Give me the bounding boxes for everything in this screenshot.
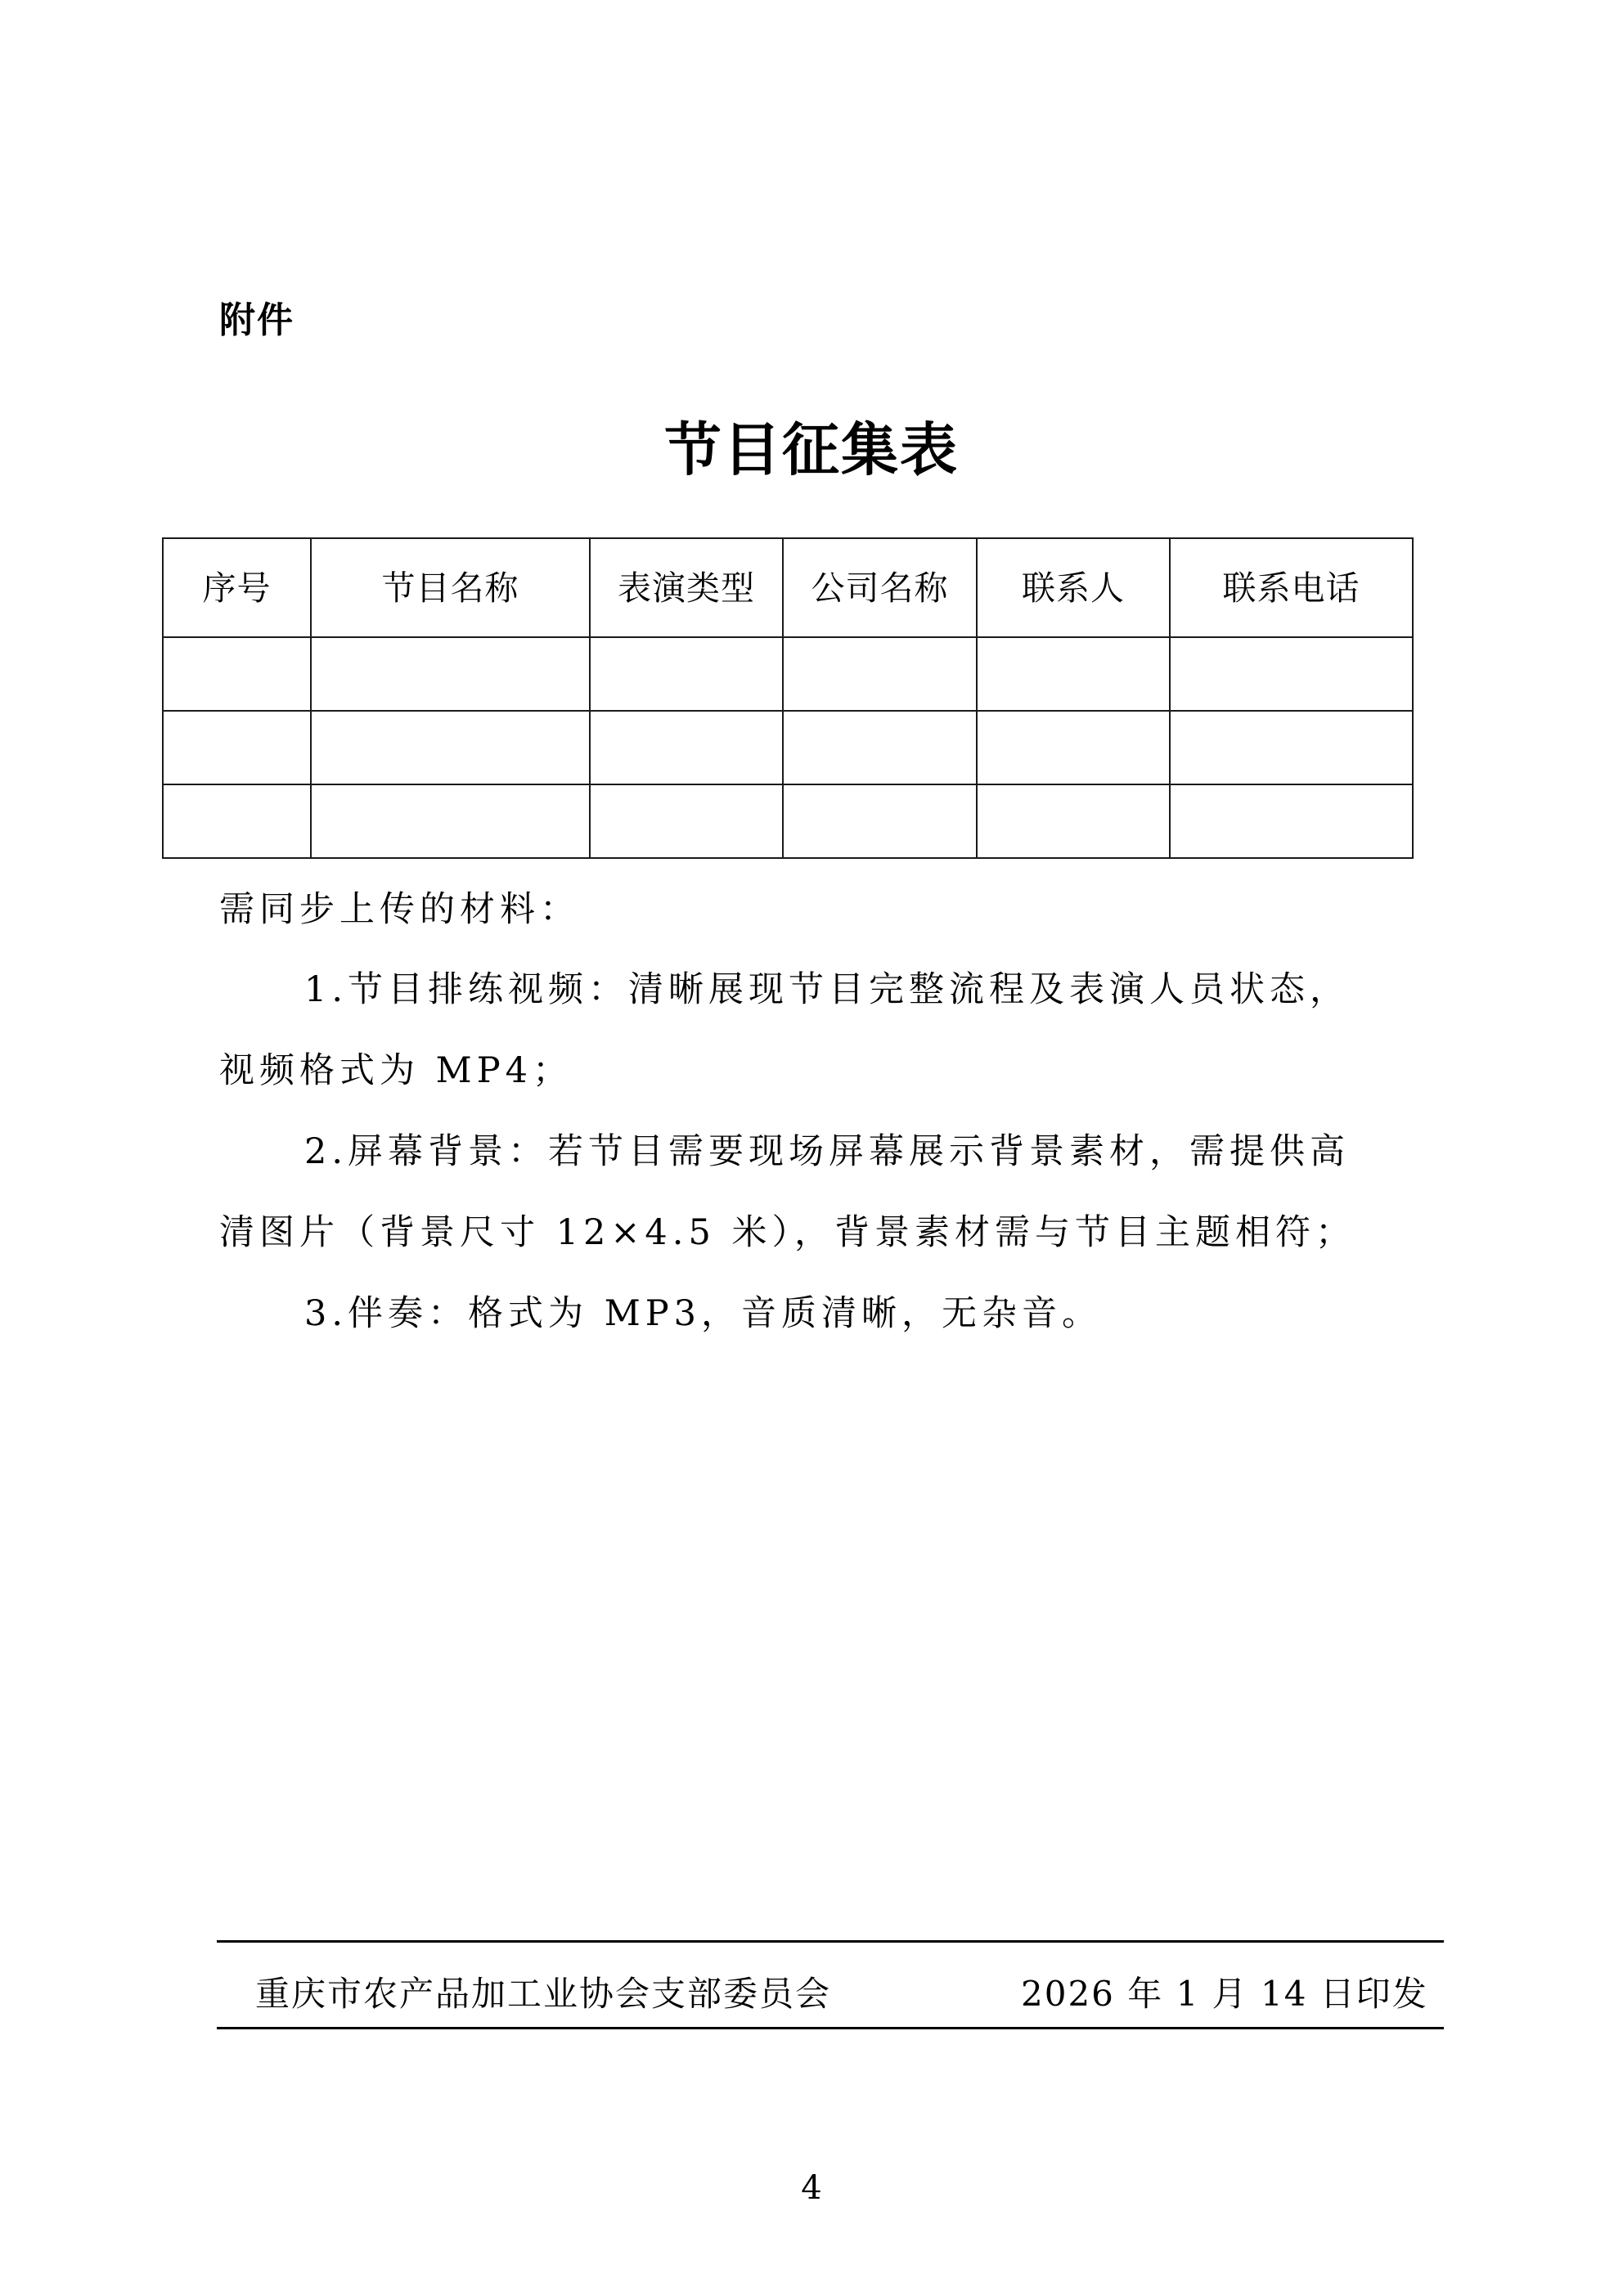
- page-number: 4: [0, 2168, 1623, 2208]
- table-row: [163, 711, 1413, 784]
- table-cell: [311, 711, 590, 784]
- table-header-row: 序号 节目名称 表演类型 公司名称 联系人 联系电话: [163, 538, 1413, 637]
- column-header-performance-type: 表演类型: [590, 538, 783, 637]
- table-cell: [977, 784, 1170, 858]
- table-cell: [783, 784, 977, 858]
- footer-divider-bottom: [217, 2027, 1444, 2029]
- material-item-2-continued: 清图片（背景尺寸 12×4.5 米），背景素材需与节目主题相符；: [219, 1208, 1355, 1257]
- table-cell: [783, 711, 977, 784]
- attachment-label: 附件: [219, 296, 294, 345]
- footer-divider-top: [217, 1940, 1444, 1943]
- material-item-1-continued: 视频格式为 MP4；: [219, 1046, 573, 1095]
- table-cell: [783, 637, 977, 711]
- page-title: 节目征集表: [0, 413, 1623, 487]
- table-cell: [590, 784, 783, 858]
- table-cell: [1170, 784, 1413, 858]
- table-cell: [1170, 637, 1413, 711]
- table-cell: [590, 637, 783, 711]
- table-cell: [163, 711, 311, 784]
- table-cell: [977, 637, 1170, 711]
- table-cell: [163, 784, 311, 858]
- table-row: [163, 637, 1413, 711]
- material-item-2: 2.屏幕背景：若节目需要现场屏幕展示背景素材，需提供高: [304, 1127, 1350, 1176]
- column-header-company-name: 公司名称: [783, 538, 977, 637]
- table-cell: [977, 711, 1170, 784]
- material-item-3: 3.伴奏：格式为 MP3，音质清晰，无杂音。: [304, 1289, 1102, 1338]
- material-item-1: 1.节目排练视频：清晰展现节目完整流程及表演人员状态，: [304, 965, 1350, 1014]
- materials-heading: 需同步上传的材料：: [219, 885, 580, 934]
- table-cell: [590, 711, 783, 784]
- column-header-contact-person: 联系人: [977, 538, 1170, 637]
- table-cell: [311, 637, 590, 711]
- table-cell: [1170, 711, 1413, 784]
- table-cell: [311, 784, 590, 858]
- table-row: [163, 784, 1413, 858]
- program-collection-table: 序号 节目名称 表演类型 公司名称 联系人 联系电话: [162, 537, 1414, 859]
- issue-date: 2026 年 1 月 14 日印发: [1021, 1970, 1428, 2019]
- issuer-name: 重庆市农产品加工业协会支部委员会: [255, 1970, 831, 2019]
- table-cell: [163, 637, 311, 711]
- column-header-contact-phone: 联系电话: [1170, 538, 1413, 637]
- column-header-program-name: 节目名称: [311, 538, 590, 637]
- column-header-index: 序号: [163, 538, 311, 637]
